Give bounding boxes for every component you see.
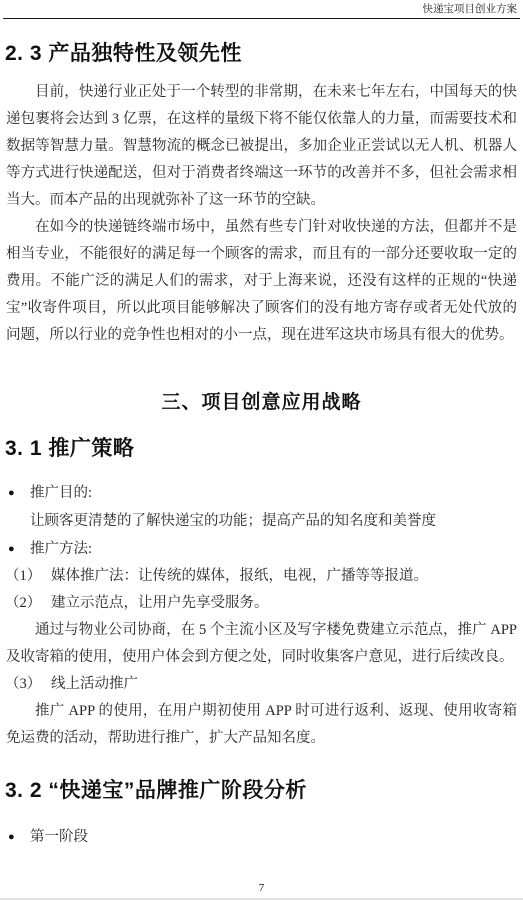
bullet-label-method: 推广方法: bbox=[30, 535, 92, 563]
bullet-label-stage-1: 第一阶段 bbox=[30, 823, 88, 851]
numbered-item-2-text: 建立示范点，让用户先享受服务。 bbox=[51, 590, 517, 617]
bullet-label-purpose: 推广目的: bbox=[30, 479, 92, 507]
paragraph-1: 目前，快递行业正处于一个转型的非常期，在未来七年左右，中国每天的快递包裹将会达到… bbox=[0, 79, 523, 214]
heading-3-2: 3. 2 “快递宝”品牌推广阶段分析 bbox=[5, 778, 517, 803]
numbered-item-3-num: （3） bbox=[5, 671, 51, 698]
numbered-item-3-text: 线上活动推广 bbox=[51, 671, 517, 698]
list-item: ● 推广方法: bbox=[0, 535, 523, 563]
bullet-purpose-detail: 让顾客更清楚的了解快递宝的功能；提高产品的知名度和美誉度 bbox=[0, 507, 523, 535]
numbered-item-1: （1） 媒体推广法：让传统的媒体，报纸，电视，广播等等报道。 bbox=[0, 563, 523, 590]
running-header: 快递宝项目创业方案 bbox=[0, 0, 523, 16]
bullet-icon: ● bbox=[8, 479, 30, 507]
promotion-list: ● 推广目的: 让顾客更清楚的了解快递宝的功能；提高产品的知名度和美誉度 ● 推… bbox=[0, 479, 523, 752]
heading-3-1: 3. 1 推广策略 bbox=[5, 436, 517, 461]
document-page: 快递宝项目创业方案 2. 3 产品独特性及领先性 目前，快递行业正处于一个转型的… bbox=[0, 0, 523, 900]
chapter-heading-3: 三、项目创意应用战略 bbox=[6, 391, 517, 414]
numbered-item-3: （3） 线上活动推广 bbox=[0, 671, 523, 698]
heading-2-3: 2. 3 产品独特性及领先性 bbox=[5, 41, 517, 66]
paragraph-4: 推广 APP 的使用，在用户期初使用 APP 时可进行返利、返现、使用收寄箱免运… bbox=[0, 698, 523, 752]
running-header-title: 快递宝项目创业方案 bbox=[423, 4, 518, 15]
bullet-icon: ● bbox=[8, 535, 30, 563]
bullet-icon: ● bbox=[8, 823, 30, 851]
header-rule bbox=[3, 18, 520, 19]
list-item: ● 推广目的: bbox=[0, 479, 523, 507]
paragraph-3: 通过与物业公司协商，在 5 个主流小区及写字楼免费建立示范点，推广 APP 及收… bbox=[0, 617, 523, 671]
paragraph-2: 在如今的快递链终端市场中，虽然有些专门针对收快递的方法，但都并不是相当专业，不能… bbox=[0, 214, 523, 349]
numbered-item-2: （2） 建立示范点，让用户先享受服务。 bbox=[0, 590, 523, 617]
numbered-item-1-text: 媒体推广法：让传统的媒体，报纸，电视，广播等等报道。 bbox=[51, 563, 517, 590]
numbered-item-2-num: （2） bbox=[5, 590, 51, 617]
page-number: 7 bbox=[0, 882, 523, 894]
list-item: ● 第一阶段 bbox=[0, 823, 523, 851]
numbered-item-1-num: （1） bbox=[5, 563, 51, 590]
